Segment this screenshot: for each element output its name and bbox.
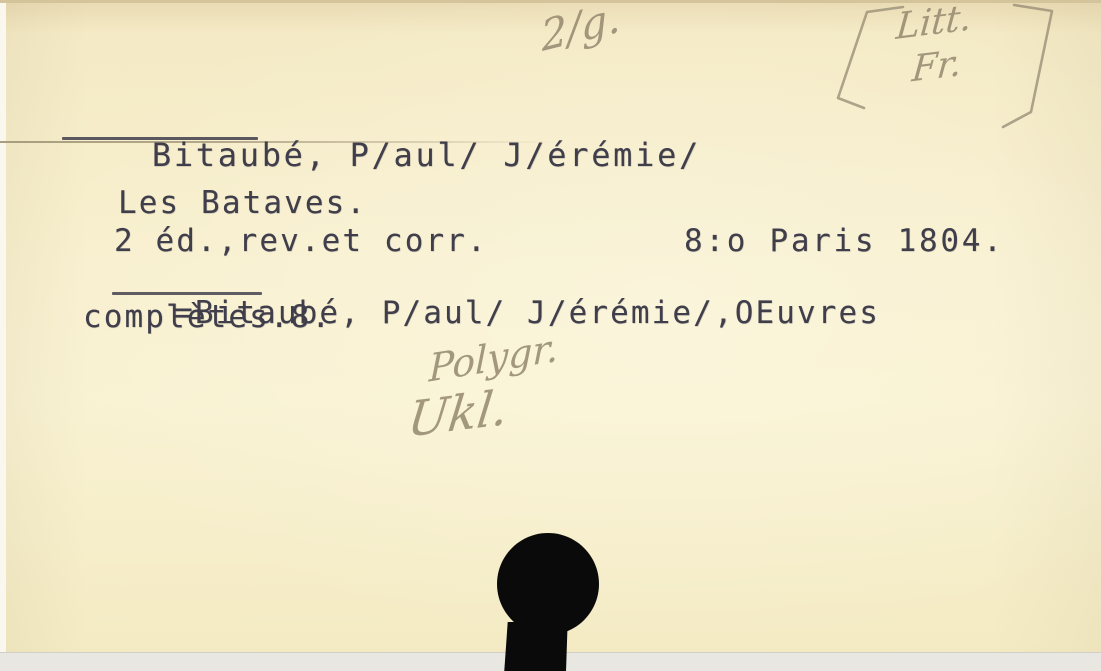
imprint-statement: 8:o Paris 1804. (684, 224, 1004, 258)
shelf-mark-annotation: 2/g. (539, 0, 621, 61)
right-bracket-icon (1003, 5, 1052, 127)
scan-left-edge (0, 0, 6, 671)
series-underline (112, 292, 262, 295)
classification-annotation-line1: Litt. (894, 0, 973, 48)
series-continuation: complètes.8. (83, 300, 332, 334)
left-bracket-icon (838, 7, 903, 108)
title-line: Les Bataves. (118, 186, 367, 220)
classification-annotation-line2: Fr. (910, 43, 963, 91)
cataloguer-initials-annotation: Ukl. (405, 379, 511, 448)
edition-statement: 2 éd.,rev.et corr. (114, 224, 488, 258)
catalog-card-scan: Bitaubé, P/aul/ J/érémie/ Les Bataves. 2… (0, 0, 1101, 671)
punch-hole-stem (504, 622, 562, 671)
series-rest: , P/aul/ J/érémie/,OEuvres (340, 295, 880, 331)
heading-underline (62, 137, 258, 140)
heading-author-forenames: P/aul/ J/érémie/ (328, 136, 701, 174)
punch-hole (494, 532, 606, 671)
heading-author-name: Bitaubé, (152, 136, 328, 174)
